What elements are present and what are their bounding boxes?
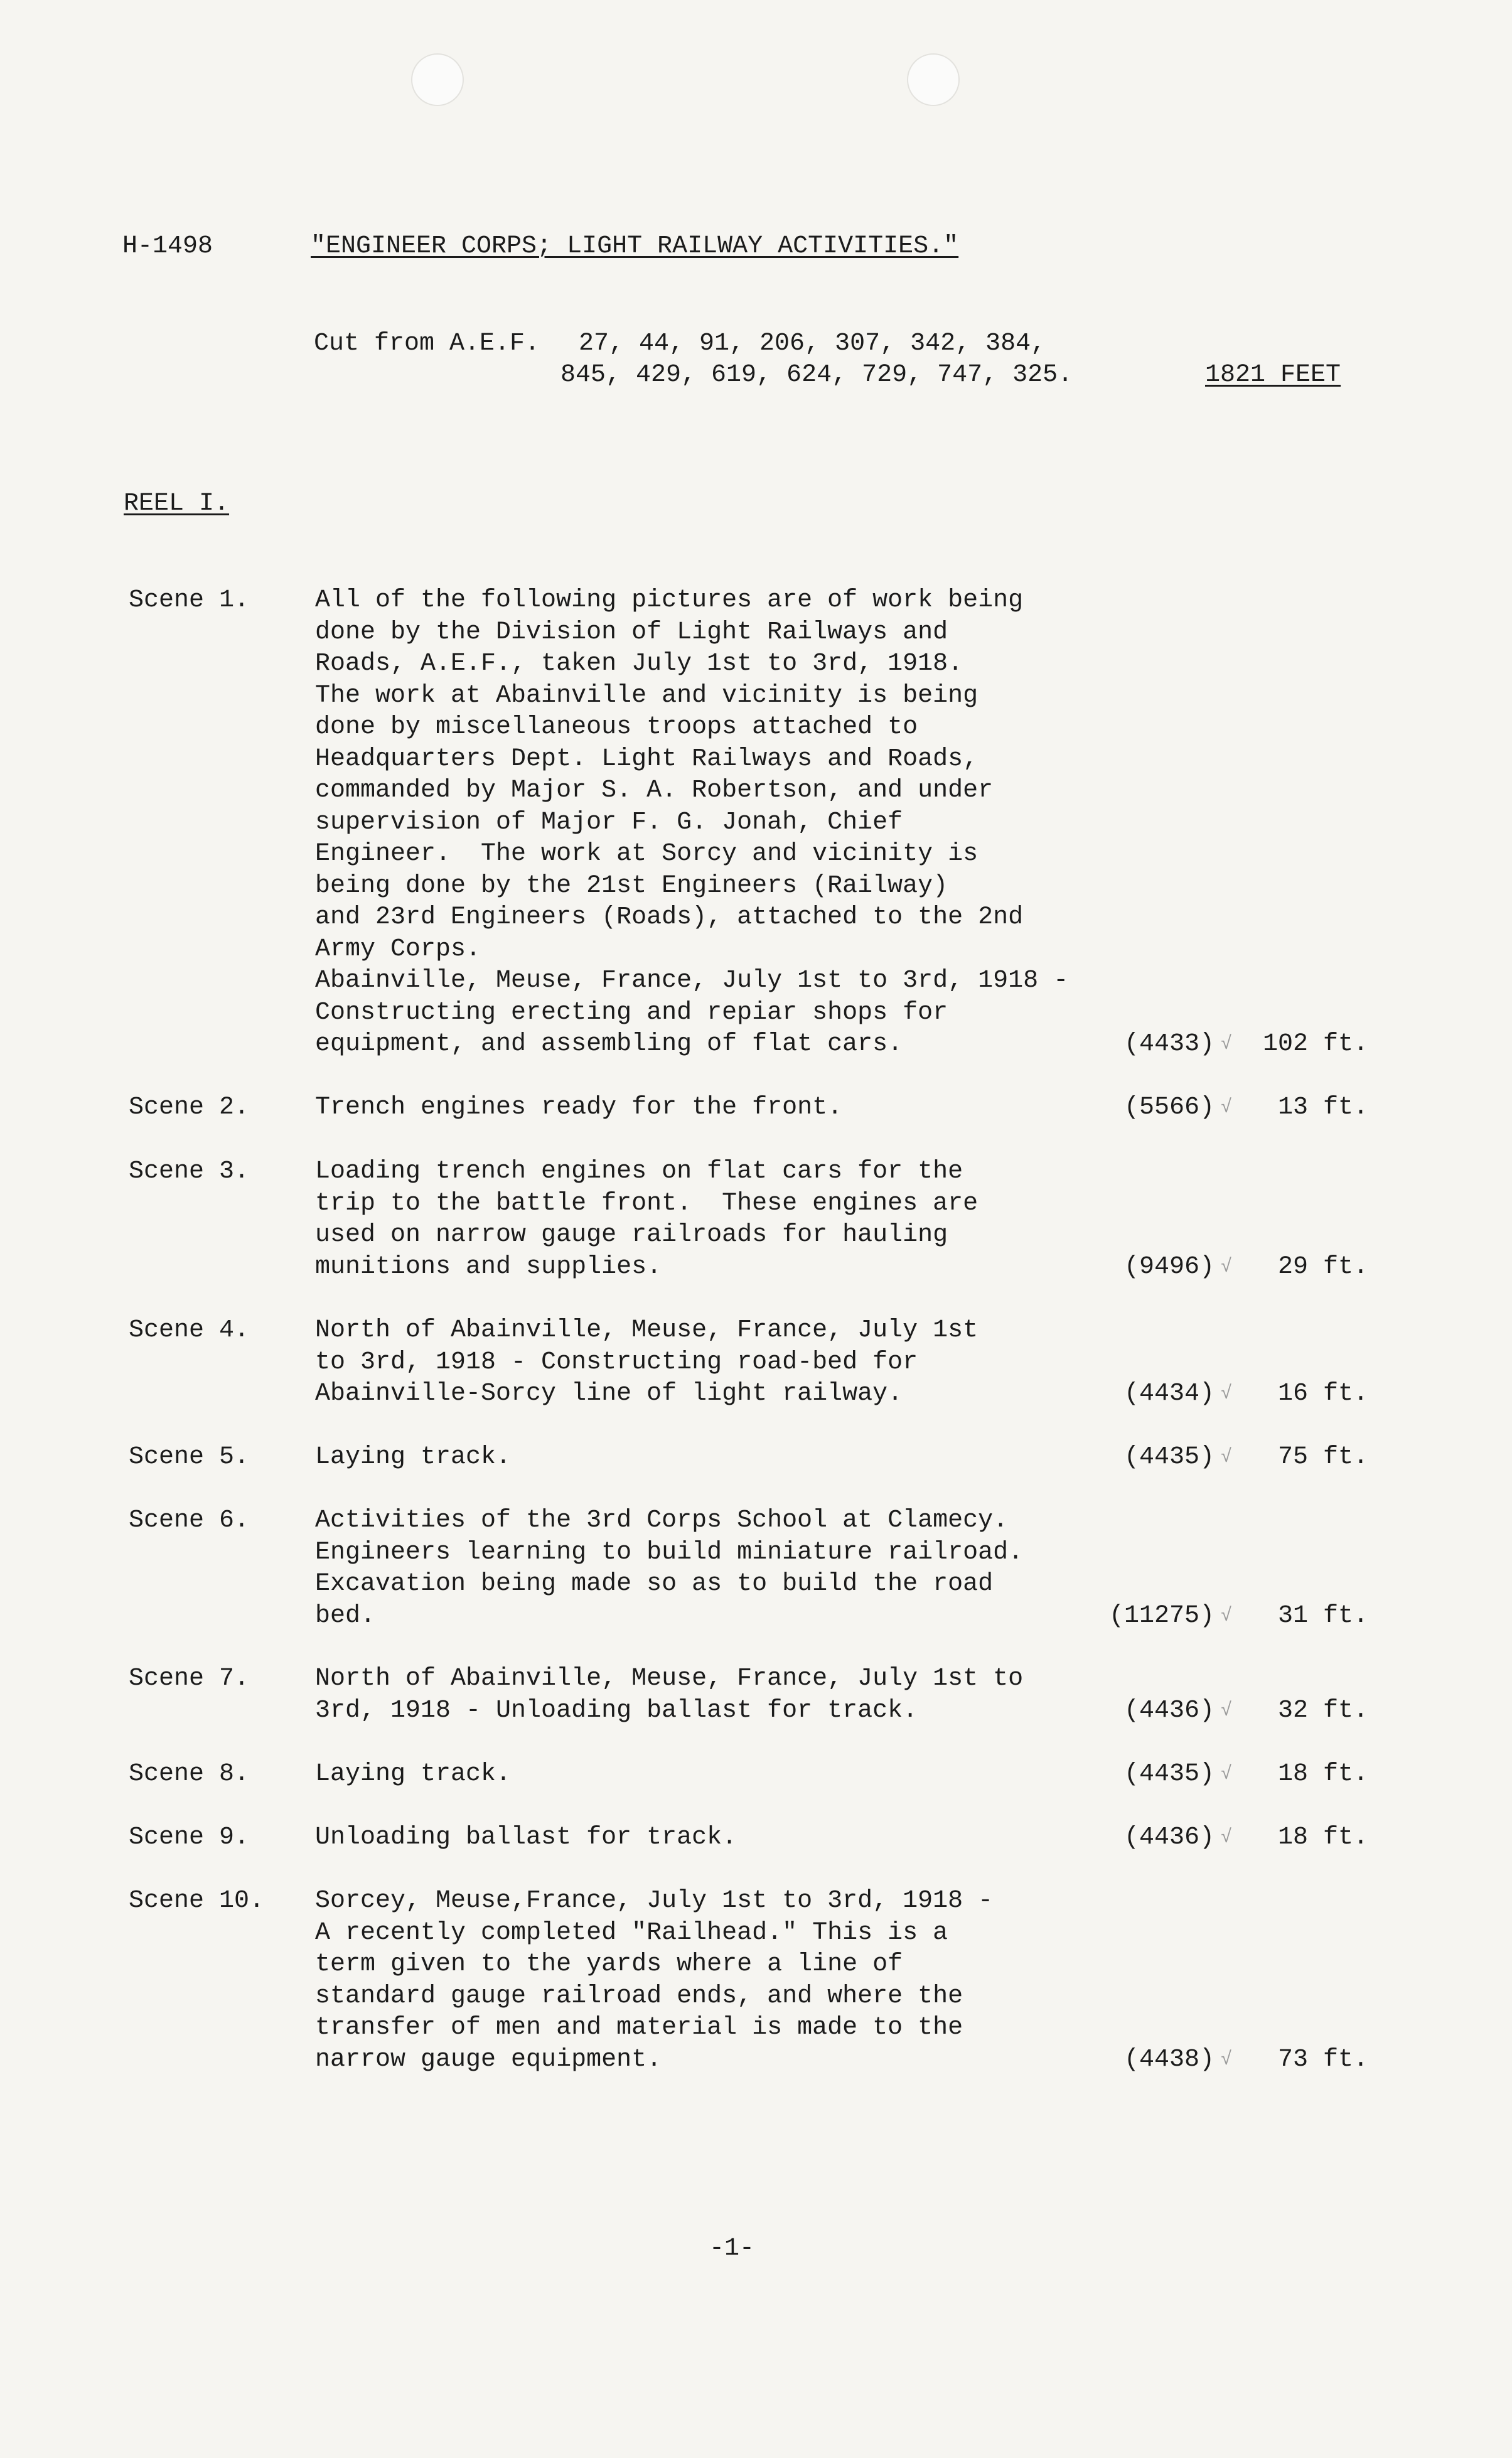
scene-footage: 18 ft.	[1249, 1759, 1368, 1790]
scene-description-line: Army Corps.	[315, 934, 481, 965]
scene-label: Scene 9.	[129, 1822, 249, 1854]
scene-negative-number: (4435)	[1108, 1442, 1214, 1473]
check-mark-icon: √	[1221, 1695, 1232, 1727]
scene-footage: 73 ft.	[1249, 2044, 1368, 2076]
document-id: H-1498	[122, 232, 213, 260]
scene-label: Scene 3.	[129, 1156, 249, 1188]
scene-description-line: Constructing erecting and repiar shops f…	[315, 997, 948, 1029]
check-mark-icon: √	[1221, 1759, 1232, 1790]
scene-description-line: Laying track.	[315, 1442, 511, 1473]
document-title: "ENGINEER CORPS; LIGHT RAILWAY ACTIVITIE…	[311, 232, 958, 260]
scene-footage: 75 ft.	[1249, 1442, 1368, 1473]
cut-from-reels-line1: 27, 44, 91, 206, 307, 342, 384,	[579, 330, 1046, 358]
scene-description-line: narrow gauge equipment.	[315, 2044, 662, 2076]
scene-negative-number: (4438)	[1108, 2044, 1214, 2076]
scene-label: Scene 10.	[129, 1886, 264, 1917]
scene-footage: 31 ft.	[1249, 1601, 1368, 1632]
scene-description-line: Engineer. The work at Sorcy and vicinity…	[315, 839, 978, 870]
scene-label: Scene 6.	[129, 1505, 249, 1537]
scene-negative-number: (4436)	[1108, 1695, 1214, 1727]
scene-description-line: All of the following pictures are of wor…	[315, 585, 1023, 616]
scene-description-line: 3rd, 1918 - Unloading ballast for track.	[315, 1695, 918, 1727]
scene-description-line: term given to the yards where a line of	[315, 1949, 903, 1980]
scene-description-line: North of Abainville, Meuse, France, July…	[315, 1315, 978, 1346]
reel-heading: REEL I.	[124, 490, 229, 518]
scene-description-line: Loading trench engines on flat cars for …	[315, 1156, 963, 1188]
scene-negative-number: (4435)	[1108, 1759, 1214, 1790]
scene-description-line: supervision of Major F. G. Jonah, Chief	[315, 807, 903, 839]
scene-description-line: Sorcey, Meuse,France, July 1st to 3rd, 1…	[315, 1886, 993, 1917]
scene-description-line: equipment, and assembling of flat cars.	[315, 1029, 903, 1060]
scene-description-line: commanded by Major S. A. Robertson, and …	[315, 775, 993, 807]
scene-description-line: Activities of the 3rd Corps School at Cl…	[315, 1505, 1008, 1537]
scene-description-line: A recently completed "Railhead." This is…	[315, 1918, 948, 1949]
scene-description-line: standard gauge railroad ends, and where …	[315, 1981, 963, 2012]
scene-description-line: bed.	[315, 1601, 375, 1632]
scene-label: Scene 7.	[129, 1663, 249, 1695]
scene-footage: 16 ft.	[1249, 1378, 1368, 1410]
scene-description-line: transfer of men and material is made to …	[315, 2012, 963, 2044]
scene-description-line: and 23rd Engineers (Roads), attached to …	[315, 902, 1023, 933]
scene-description-line: munitions and supplies.	[315, 1252, 662, 1283]
scene-description-line: done by the Division of Light Railways a…	[315, 617, 948, 648]
check-mark-icon: √	[1221, 1252, 1232, 1283]
scene-label: Scene 1.	[129, 585, 249, 616]
scene-negative-number: (4436)	[1108, 1822, 1214, 1854]
check-mark-icon: √	[1221, 2044, 1232, 2076]
scene-label: Scene 5.	[129, 1442, 249, 1473]
scene-description-line: Excavation being made so as to build the…	[315, 1569, 993, 1600]
scene-description-line: Abainville-Sorcy line of light railway.	[315, 1378, 903, 1410]
scene-negative-number: (4433)	[1108, 1029, 1214, 1060]
scene-description-line: North of Abainville, Meuse, France, July…	[315, 1663, 1023, 1695]
punch-hole-right	[907, 53, 960, 106]
check-mark-icon: √	[1221, 1092, 1232, 1124]
scene-label: Scene 4.	[129, 1315, 249, 1346]
check-mark-icon: √	[1221, 1601, 1232, 1632]
scene-description-line: Unloading ballast for track.	[315, 1822, 737, 1854]
scene-description-line: Laying track.	[315, 1759, 511, 1790]
scene-description-line: trip to the battle front. These engines …	[315, 1188, 978, 1220]
scene-description-line: to 3rd, 1918 - Constructing road-bed for	[315, 1347, 918, 1378]
scene-description-line: Roads, A.E.F., taken July 1st to 3rd, 19…	[315, 648, 963, 680]
cut-from-reels-line2: 845, 429, 619, 624, 729, 747, 325.	[560, 361, 1073, 389]
scene-description-line: done by miscellaneous troops attached to	[315, 712, 918, 743]
scene-negative-number: (4434)	[1108, 1378, 1214, 1410]
scene-description-line: Engineers learning to build miniature ra…	[315, 1537, 1023, 1569]
page-number: -1-	[709, 2235, 754, 2263]
scene-description-line: The work at Abainville and vicinity is b…	[315, 680, 978, 712]
check-mark-icon: √	[1221, 1442, 1232, 1473]
check-mark-icon: √	[1221, 1822, 1232, 1854]
scene-footage: 32 ft.	[1249, 1695, 1368, 1727]
scene-negative-number: (9496)	[1108, 1252, 1214, 1283]
check-mark-icon: √	[1221, 1029, 1232, 1060]
scene-description-line: Abainville, Meuse, France, July 1st to 3…	[315, 965, 1068, 997]
scene-description-line: Headquarters Dept. Light Railways and Ro…	[315, 744, 978, 775]
check-mark-icon: √	[1221, 1378, 1232, 1410]
punch-hole-left	[411, 53, 464, 106]
total-length: 1821 FEET	[1205, 361, 1341, 389]
scene-label: Scene 8.	[129, 1759, 249, 1790]
scene-negative-number: (5566)	[1108, 1092, 1214, 1124]
scene-description-line: Trench engines ready for the front.	[315, 1092, 842, 1124]
scene-footage: 18 ft.	[1249, 1822, 1368, 1854]
scene-description-line: being done by the 21st Engineers (Railwa…	[315, 871, 948, 902]
scene-label: Scene 2.	[129, 1092, 249, 1124]
scene-negative-number: (11275)	[1108, 1601, 1214, 1632]
cut-from-label: Cut from A.E.F.	[314, 330, 540, 358]
scene-footage: 102 ft.	[1249, 1029, 1368, 1060]
scene-footage: 29 ft.	[1249, 1252, 1368, 1283]
scene-description-line: used on narrow gauge railroads for hauli…	[315, 1220, 948, 1251]
scene-footage: 13 ft.	[1249, 1092, 1368, 1124]
